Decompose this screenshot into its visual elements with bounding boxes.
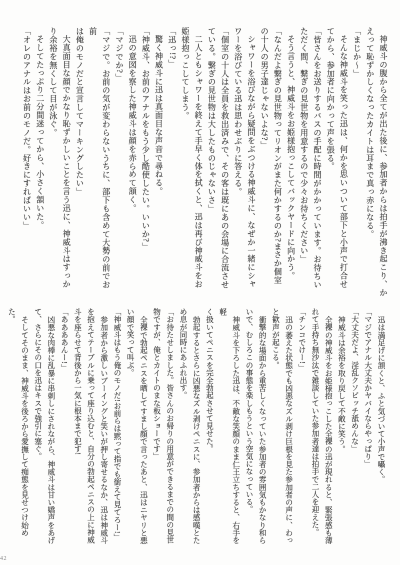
text-column: 全裸の神威斗をお姫様抱っこした全裸の迅が現れると、緊張感も薄: [322, 308, 335, 546]
text-column: そしてそのまま、神威斗を後ろから愛撫して痴態を見せつけ始めた。: [5, 308, 31, 546]
text-block-top: 神威斗の腹から全てが出た後に、参加者からは拍手が沸き起こり、かえって恥ずかしくな…: [20, 27, 390, 297]
text-column: 斗を座らせて背後から一気に根本まで犯す!: [71, 308, 84, 546]
text-column: 「迅っ!?」: [166, 27, 179, 297]
text-column: 姫様抱っこしてしまう。: [179, 27, 192, 297]
text-column: そう言うと、神威斗をお姫様抱っこしてバックヤードに向かう。: [284, 27, 297, 297]
text-column: い顔で笑って叫ぶ。: [124, 308, 137, 546]
text-column: は俺のモノだと宣言してマーキングしたい」: [73, 27, 86, 297]
text-column: ワーを浴びている迅は思わせぶりに答える。: [232, 27, 245, 297]
text-column: そんな神威斗を笑った迅は、何かを思いついて部下と小声で打合せ: [337, 27, 350, 297]
text-column: 「マジでアナル大丈夫かヤバイならやっぱり」: [362, 308, 375, 546]
text-column: 「個室の十人は全員を救出済みで、その客は既にあの会場に合流させ: [218, 27, 231, 297]
text-column: 迅の萎えた状態でも凶悪なズル剥け巨根を見た参加者の声に、わっ: [282, 308, 295, 546]
text-column: 衝撃的な場面から重苦しくなっていた参加者の雰囲気もかなり和ら: [256, 308, 269, 546]
text-column: 凶悪な肉棒に乱暴に串刺しにされながら、神威斗は甘い嬌声をあげ: [45, 308, 58, 546]
text-column: 神威斗の腹から全てが出た後に、参加者からは拍手が沸き起こり、か: [377, 27, 390, 297]
text-column: シャワーを浴びながら疑問をぶつける神威斗に、なぜか一緒にシャ: [245, 27, 258, 297]
text-column: く扱いてペニスを完全勃起させて見せた。: [203, 308, 216, 546]
text-column: 迅は満足げに頷くと、ふと気づいて小声で囁く。: [375, 308, 388, 546]
text-column: 「まじか〜」: [350, 27, 363, 297]
text-column: 大真面目な顔でかなり恥ずかしいことを言う迅に、神威斗はすっか: [60, 27, 73, 297]
text-column: 「ああああんー!」: [58, 308, 71, 546]
text-column: 「マジで。お前の気が変わらないうちに、部下も含めて大勢の前でお前: [86, 27, 112, 297]
text-column: て、さらにその口を迅はキスで強引に塞ぐ。: [32, 308, 45, 546]
text-column: 全裸で勃起ペニスを晒してすまし顔で言ったあと、迅はニヤリと悪: [137, 308, 150, 546]
text-column: 「大丈夫だよ、淫乱クソビッチ舐めんな」: [348, 308, 361, 546]
text-column: れて手持ち無沙汰で雑談していた参加者達は拍手で二人を迎えた。: [309, 308, 322, 546]
text-column: 驚く神威斗に迅は真面目な声音で尋ねる。: [152, 27, 165, 297]
text-block-bottom: 迅は満足げに頷くと、ふと気づいて小声で囁く。「マジでアナル大丈夫かヤバイならやっ…: [5, 308, 388, 546]
text-column: 迅の意図を察した神威斗は顔を赤らめて頷く。: [126, 27, 139, 297]
text-column: ただく間、繋ぎの見世物を用意するので少々お待ちください」: [298, 27, 311, 297]
page-number: 42: [0, 556, 7, 562]
text-column: 参加者から激しいブーイングと笑いが押し寄せるなか、迅は神威斗: [98, 308, 111, 546]
text-column: と歓声が起こる。: [269, 308, 282, 546]
text-column: り余裕を無くして目が泳ぐ。: [47, 27, 60, 297]
text-column: 「なんだよ繋ぎの見世物ってリオンがまた何かするのか?まさか個室: [271, 27, 284, 297]
text-column: てから、参加者に向かって声を張る。: [324, 27, 337, 297]
text-column: えって恥ずかしくなったカイトは耳まで真っ赤になる。: [364, 27, 377, 297]
text-column: 「オレのアナルはお前のモノだ。好きにすればいい」: [20, 27, 33, 297]
text-column: 「皆さんをお送りするバスの手配に時間がかかっています。お待ちい: [311, 27, 324, 297]
text-column: 神威斗を下ろした迅は、不敵な笑顔のまま仁王立ちすると、右手を軽: [216, 308, 242, 546]
text-column: 勃起するとさらに凶悪なズル剥けペニスに、参加者からは感嘆とた: [190, 308, 203, 546]
text-column: 神威斗は余裕を取り戻して不敵に笑う。: [335, 308, 348, 546]
text-column: 「神威斗はもう俺のモノだ!お前らは黙って指でも銜えて見てろー!」: [111, 308, 124, 546]
text-column: の十人の男子達じゃないよな?」: [258, 27, 271, 297]
text-column: 物ですが、俺とカイトのまな板ショーです」: [150, 308, 163, 546]
text-column: ている。繋ぎの見世物は大したものじゃないさ」: [205, 27, 218, 297]
text-column: そしてたっぷり二分間迷ってから、小さく頷いた。: [34, 27, 47, 297]
text-column: 「チンコでけー!」: [296, 308, 309, 546]
text-column: 「お待たせしました。皆さんのお帰りの用意ができるまでの間の見世: [164, 308, 177, 546]
scanned-novel-page: 神威斗の腹から全てが出た後に、参加者からは拍手が沸き起こり、かえって恥ずかしくな…: [0, 0, 400, 565]
text-column: いで、むしろこの事態を楽しもうという空気になっている。: [243, 308, 256, 546]
text-column: 「神威斗、お前のアナルをもう少し酷使したい。いいか?」: [139, 27, 152, 297]
text-column: 「マジでか?」: [113, 27, 126, 297]
text-column: 二人ともシャワーを終えて手早く体を拭くと、迅は再び神威斗をお: [192, 27, 205, 297]
text-column: め息が同時にあふれ出す。: [177, 308, 190, 546]
text-column: を抱えてテーブルに乗って座り込むと、自分の勃起ペニスの上に神威: [84, 308, 97, 546]
